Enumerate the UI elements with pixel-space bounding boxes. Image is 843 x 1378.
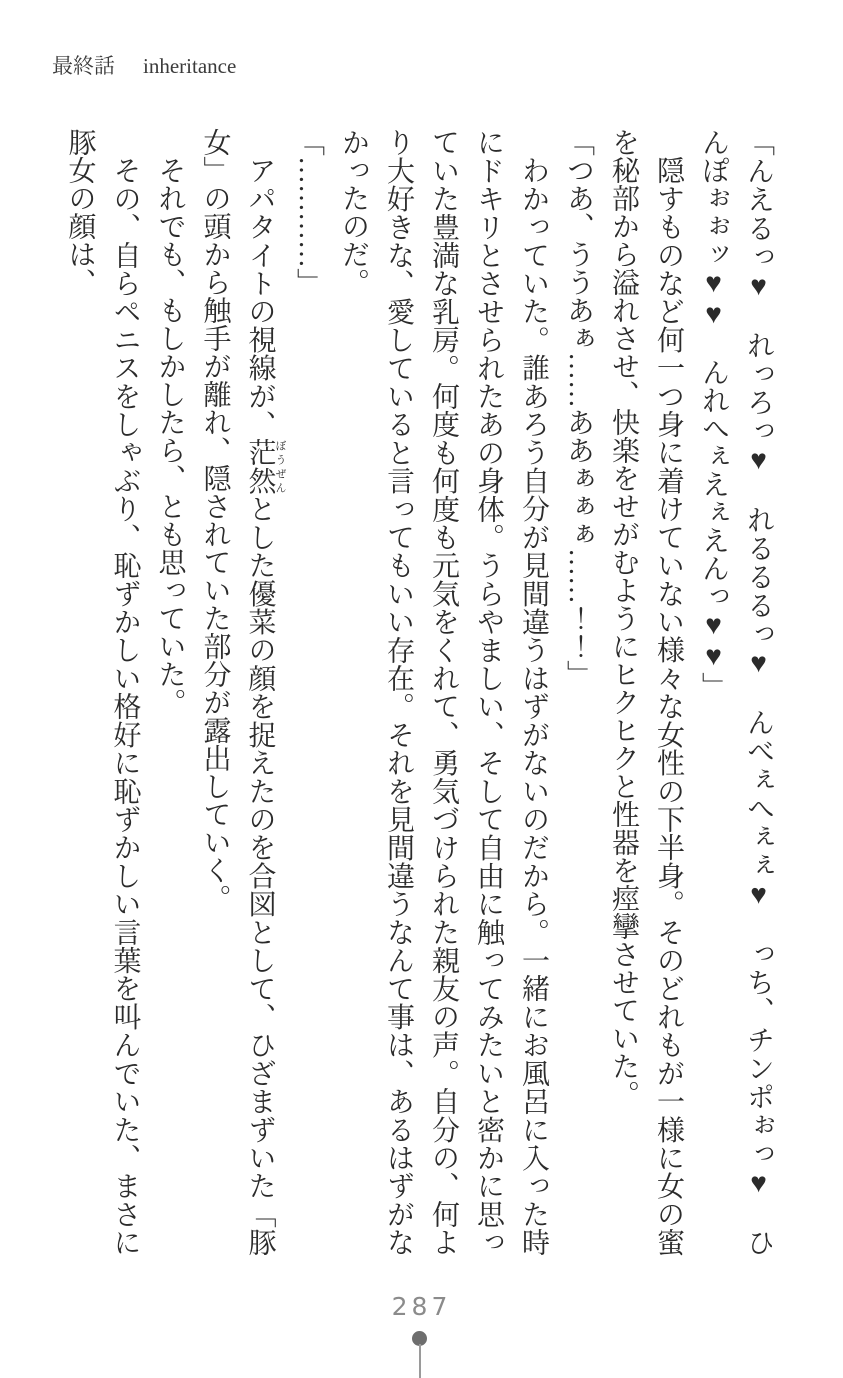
chapter-title: inheritance [143,54,236,78]
paragraph-8: その、自らペニスをしゃぶり、恥ずかしい格好に恥ずかしい言葉を叫んでいた、まさに豚… [58,128,148,1256]
running-head: 最終話inheritance [52,50,236,80]
paragraph-2: 隠すものなど何一つ身に着けていない様々な女性の下半身。そのどれもが一様に女の蜜を… [601,128,691,1256]
paragraph-6: アパタイトの視線が、茫然ぼうぜんとした優菜の顔を捉えたのを合図として、ひざまずい… [193,128,287,1256]
paragraph-5: 「…………」 [286,128,331,1256]
page-marker-line [419,1344,421,1378]
book-page: 最終話inheritance 「んえるっ♥ れっろっ♥ れるるるっ♥ んべぇへぇ… [0,0,843,1378]
paragraph-4: わかっていた。誰あろう自分が見間違うはずがないのだから。一緒にお風呂に入った時に… [331,128,556,1256]
paragraph-1: 「んえるっ♥ れっろっ♥ れるるるっ♥ んべぇへぇぇ♥ っち、チンポぉっ♥ ひん… [691,128,781,1256]
text-area: 「んえるっ♥ れっろっ♥ れるるるっ♥ んべぇへぇぇ♥ っち、チンポぉっ♥ ひん… [58,128,782,1256]
paragraph-3: 「つあ、ううあぁ……ああぁぁぁ……！！」 [556,128,601,1256]
paragraph-7: それでも、もしかしたら、とも思っていた。 [148,128,193,1256]
page-number: 287 [0,1292,843,1321]
chapter-label: 最終話 [52,54,115,78]
furigana: 茫然ぼうぜん [245,438,276,494]
